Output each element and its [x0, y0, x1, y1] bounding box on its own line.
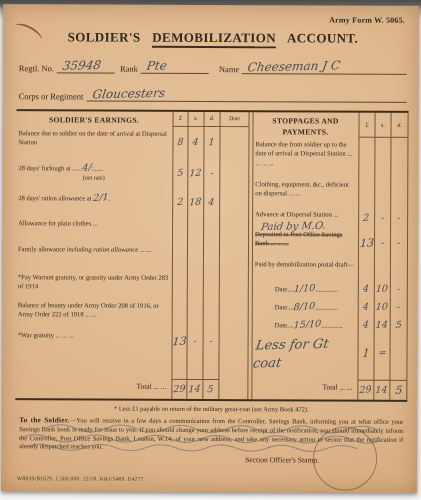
- earnings-column: SOLDIER'S EARNINGS. £ s. d. Date Balance…: [15, 111, 249, 399]
- shillings-col-header: s.: [374, 113, 390, 138]
- name-field: Cheeseman J C: [242, 59, 407, 75]
- table-row: *Pay Warrant gratuity, or gratuity under…: [16, 270, 248, 299]
- value-shillings: 14: [376, 319, 389, 331]
- value-pounds: 13: [172, 335, 187, 349]
- value-shillings: 4: [192, 137, 199, 148]
- earnings-total-row: Total ... ... 29 14 5: [15, 378, 247, 399]
- stamp-circle-mark: [313, 426, 377, 490]
- table-row: Clothing, equipment, &c., deficient on d…: [253, 177, 407, 208]
- value-pence: 4: [208, 197, 215, 208]
- value-shillings: -: [381, 212, 385, 223]
- to-the-soldier-lead: To the Soldier.: [19, 416, 70, 424]
- total-shillings: 14: [188, 384, 201, 396]
- value-shillings: 12: [189, 168, 202, 180]
- pounds-col-header: £: [358, 113, 374, 138]
- value-pence: 5: [395, 319, 402, 330]
- table-row: Balance due from soldier up to the date …: [253, 137, 407, 178]
- table-row: Family allowance including ration allowa…: [16, 242, 248, 271]
- pence-col-header: d.: [204, 112, 220, 127]
- table-row: 28 days' furlough at ......4/:...... (ne…: [16, 158, 248, 189]
- value-pounds: 8: [177, 137, 184, 148]
- form-title: SOLDIER'S DEMOBILIZATION ACCOUNT.: [17, 29, 409, 47]
- row-label: Family allowance including ration allowa…: [16, 242, 172, 271]
- scanned-document: Army Form W. 5065. SOLDIER'S DEMOBILIZAT…: [0, 0, 421, 500]
- value-pence: -: [397, 237, 401, 248]
- row-label: Less for Gt coat: [252, 333, 357, 373]
- table-row: Date....8/10.............. 4 10 -: [253, 297, 407, 316]
- greatcoat-footnote: * Less £1 payable on return of the milit…: [15, 405, 407, 414]
- date-col-header: Date: [220, 112, 249, 127]
- regtl-no-field: 35948: [57, 58, 115, 73]
- handwritten-deduction: Less for Gt coat: [252, 336, 358, 375]
- row-label: Date....1/10..............: [253, 279, 358, 297]
- table-row: Allowance for plain clothes ...: [16, 216, 248, 243]
- table-row: Date....15/10............. 4 14 5: [253, 315, 407, 334]
- section-officers-stamp-label: Section Officer's Stamp.: [245, 455, 319, 464]
- handwritten-date: 1/10: [293, 282, 316, 297]
- handwritten-note: Paid by M.O.: [260, 220, 327, 235]
- account-table: SOLDIER'S EARNINGS. £ s. d. Date Balance…: [15, 109, 408, 402]
- value-pence: 1: [208, 137, 215, 148]
- value-pence: -: [397, 283, 401, 294]
- total-pence: 5: [394, 384, 402, 397]
- value-pounds: 2: [177, 197, 184, 208]
- table-row: Balance of bounty under Army Order 208 o…: [16, 298, 248, 329]
- corps-label: Corps or Regiment: [19, 91, 87, 101]
- table-row: Balance due to soldier on the date of ar…: [16, 126, 248, 159]
- value-shillings: 10: [376, 283, 389, 295]
- rank-field: Pte: [141, 59, 209, 74]
- total-pounds: 29: [359, 384, 372, 396]
- table-row: Paid by demobilization postal draft—: [253, 257, 407, 280]
- value-pence: -: [210, 168, 214, 179]
- shillings-col-header: s.: [188, 112, 204, 127]
- table-row: Date....1/10.............. 4 10 -: [253, 279, 407, 298]
- value-pence: -: [209, 336, 213, 347]
- row-label: Clothing, equipment, &c., deficient on d…: [253, 177, 358, 207]
- row-label: Date....15/10.............: [253, 315, 358, 333]
- title-part-1: SOLDIER'S: [68, 29, 141, 44]
- handwritten-date: 8/10: [293, 300, 316, 315]
- corps-value: Gloucesters: [91, 86, 166, 102]
- row-label: Allowance for plain clothes ...: [16, 216, 172, 243]
- total-pounds: 29: [173, 383, 186, 395]
- value-pounds: 4: [363, 283, 370, 294]
- value-pounds: 4: [363, 301, 370, 312]
- value-pounds: 5: [177, 168, 184, 179]
- total-label: Total ... ...: [15, 378, 171, 399]
- table-row: Less for Gt coat 1 =: [252, 333, 406, 373]
- stoppages-header-row: STOPPAGES AND PAYMENTS. £ s. d.: [253, 112, 407, 138]
- value-pounds: 4: [363, 319, 370, 330]
- row-label: Balance of bounty under Army Order 208 o…: [16, 298, 172, 329]
- earnings-heading: SOLDIER'S EARNINGS.: [17, 111, 173, 126]
- handwritten-rate: 2/1: [93, 191, 109, 205]
- table-row: 28 days' ration allowance at 2/1. 2 18 4: [16, 188, 248, 217]
- total-label: Total ... ...: [252, 379, 357, 399]
- value-shillings: -: [193, 336, 197, 347]
- total-shillings: 14: [375, 384, 388, 396]
- row-label: 28 days' ration allowance at 2/1.: [16, 188, 172, 217]
- row-label: Paid by demobilization postal draft—: [253, 257, 358, 279]
- title-part-3: ACCOUNT.: [287, 30, 358, 45]
- title-part-2: DEMOBILIZATION: [152, 30, 276, 49]
- regtl-no-value: 35948: [62, 58, 103, 73]
- row-label: *War gratuity ... ... ...: [16, 328, 172, 355]
- handwritten-date: 15/10: [293, 318, 322, 333]
- value-pence: -: [397, 301, 401, 312]
- pounds-col-header: £: [173, 112, 188, 127]
- name-value: Cheeseman J C: [247, 58, 342, 74]
- stoppages-total-row: Total ... ... 29 14 5: [252, 379, 406, 400]
- table-row: Deposited in Post Office Savings Bank ..…: [253, 227, 407, 258]
- total-pence: 5: [207, 384, 214, 395]
- identity-line-2: Corps or Regiment Gloucesters: [17, 86, 409, 103]
- value-shillings: -: [380, 237, 384, 248]
- spacer-row: [15, 354, 247, 379]
- row-label: Deposited in Post Office Savings Bank ..…: [253, 227, 358, 257]
- form-number: Army Form W. 5065.: [17, 14, 409, 25]
- row-label: 28 days' furlough at ......4/:...... (ne…: [16, 158, 172, 189]
- corps-field: Gloucesters: [86, 86, 406, 102]
- regtl-no-label: Regtl. No.: [19, 63, 57, 73]
- stoppages-column: STOPPAGES AND PAYMENTS. £ s. d. Balance …: [251, 112, 408, 400]
- row-label: Date....8/10..............: [253, 297, 358, 315]
- earnings-header-row: SOLDIER'S EARNINGS. £ s. d. Date: [17, 111, 249, 127]
- row-label: Balance due to soldier on the date of ar…: [16, 126, 172, 159]
- value-pounds: 1: [362, 347, 370, 360]
- row-label: *Pay Warrant gratuity, or gratuity under…: [16, 270, 172, 299]
- printer-imprint: W8039/B1629. 1,500,000. 12/18. K&J/5469.…: [17, 476, 145, 483]
- rank-label: Rank: [115, 64, 141, 74]
- paper-form: Army Form W. 5065. SOLDIER'S DEMOBILIZAT…: [1, 4, 419, 493]
- identity-line-1: Regtl. No. 35948 Rank Pte Name Cheeseman…: [17, 58, 409, 75]
- table-row: *War gratuity ... ... ... 13 - -: [16, 328, 248, 355]
- value-pounds: 2: [363, 212, 370, 223]
- handwritten-rate: 4/: [82, 161, 92, 175]
- value-shillings: 18: [189, 197, 202, 209]
- value-pence: -: [397, 212, 401, 223]
- rank-value: Pte: [146, 59, 168, 73]
- pence-col-header: d.: [390, 113, 407, 138]
- stoppages-heading: STOPPAGES AND PAYMENTS.: [253, 112, 358, 138]
- value-shillings: =: [378, 348, 387, 359]
- value-shillings: 10: [376, 301, 389, 313]
- name-label: Name: [209, 64, 242, 74]
- value-pounds: 13: [359, 236, 374, 250]
- row-label: Balance due from soldier up to the date …: [253, 137, 358, 177]
